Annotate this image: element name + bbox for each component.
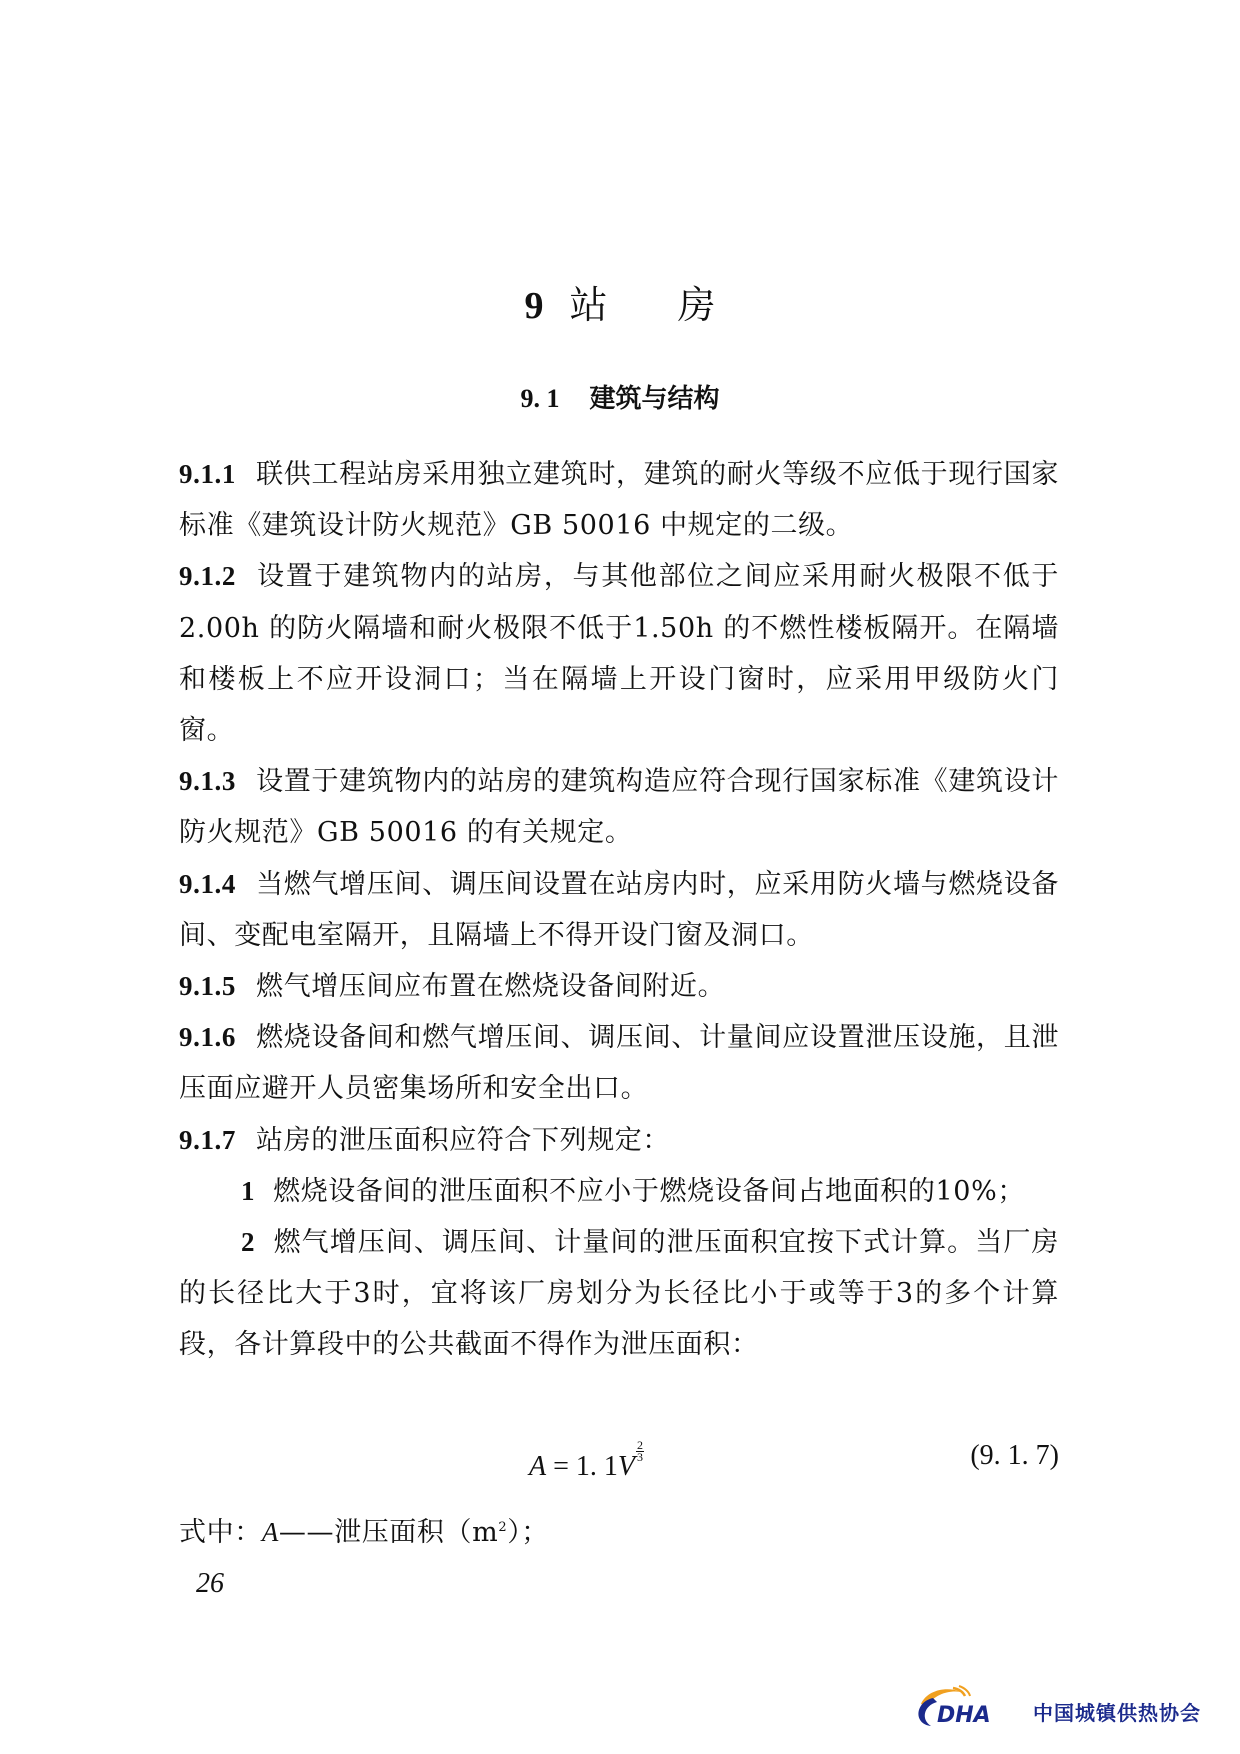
clause-number: 9.1.7 [179, 1125, 236, 1155]
item-text: 燃气增压间、调压间、计量间的泄压面积宜按下式计算。当厂房的长径比大于3时，宜将该… [179, 1227, 1059, 1360]
clause-text: 当燃气增压间、调压间设置在站房内时，应采用防火墙与燃烧设备间、变配电室隔开，且隔… [179, 869, 1059, 951]
where-symbol: A [262, 1517, 279, 1547]
formula-lhs: A [529, 1451, 546, 1482]
where-description: 泄压面积（m [334, 1517, 498, 1548]
clause-number: 9.1.4 [179, 869, 236, 899]
exp-denominator: 3 [636, 1452, 644, 1463]
cdha-logo-icon: DHA [903, 1680, 1023, 1730]
where-suffix: ）； [507, 1517, 549, 1548]
section-title-text: 建筑与结构 [589, 384, 719, 414]
clause-text: 燃烧设备间和燃气增压间、调压间、计量间应设置泄压设施，且泄压面应避开人员密集场所… [179, 1022, 1059, 1104]
clause-number: 9.1.5 [179, 971, 236, 1001]
item-number: 1 [241, 1176, 255, 1206]
list-item: 2燃气增压间、调压间、计量间的泄压面积宜按下式计算。当厂房的长径比大于3时，宜将… [179, 1217, 1059, 1371]
clause-text: 设置于建筑物内的站房的建筑构造应符合现行国家标准《建筑设计防火规范》GB 500… [179, 766, 1059, 848]
chapter-number: 9 [524, 285, 543, 327]
formula-equals: = [546, 1451, 576, 1482]
formula-row: A = 1. 1V23 (9. 1. 7) [179, 1432, 1059, 1492]
list-item: 1燃烧设备间的泄压面积不应小于燃烧设备间占地面积的10%； [179, 1166, 1059, 1217]
clause: 9.1.2设置于建筑物内的站房，与其他部位之间应采用耐火极限不低于2.00h 的… [179, 551, 1059, 756]
where-dash: —— [279, 1517, 334, 1548]
clause-number: 9.1.6 [179, 1022, 236, 1052]
clause-number: 9.1.2 [179, 561, 236, 591]
clause-number: 9.1.3 [179, 766, 236, 796]
clause: 9.1.1联供工程站房采用独立建筑时，建筑的耐火等级不应低于现行国家标准《建筑设… [179, 449, 1059, 551]
chapter-title-char1: 站 [569, 283, 607, 327]
clause: 9.1.6燃烧设备间和燃气增压间、调压间、计量间应设置泄压设施，且泄压面应避开人… [179, 1012, 1059, 1114]
item-number: 2 [241, 1227, 255, 1257]
section-number: 9. 1 [520, 384, 559, 413]
formula-coefficient: 1. 1 [576, 1451, 618, 1482]
formula-exponent: 23 [636, 1440, 644, 1463]
clause: 9.1.4当燃气增压间、调压间设置在站房内时，应采用防火墙与燃烧设备间、变配电室… [179, 859, 1059, 961]
body-text: 9.1.1联供工程站房采用独立建筑时，建筑的耐火等级不应低于现行国家标准《建筑设… [179, 449, 1059, 1371]
chapter-title: 9站房 [0, 280, 1240, 331]
formula-number: (9. 1. 7) [970, 1440, 1059, 1472]
clause-number: 9.1.1 [179, 459, 236, 489]
clause-text: 联供工程站房采用独立建筑时，建筑的耐火等级不应低于现行国家标准《建筑设计防火规范… [179, 459, 1059, 541]
clause: 9.1.7站房的泄压面积应符合下列规定： [179, 1115, 1059, 1166]
clause-text: 燃气增压间应布置在燃烧设备间附近。 [256, 971, 725, 1002]
section-title: 9. 1建筑与结构 [0, 381, 1240, 417]
logo-text: 中国城镇供热协会 [1033, 1697, 1201, 1726]
clause: 9.1.3设置于建筑物内的站房的建筑构造应符合现行国家标准《建筑设计防火规范》G… [179, 756, 1059, 858]
clause: 9.1.5燃气增压间应布置在燃烧设备间附近。 [179, 961, 1059, 1012]
page-number: 26 [196, 1568, 224, 1600]
where-prefix: 式中： [179, 1517, 262, 1548]
svg-text:DHA: DHA [937, 1703, 991, 1728]
formula: A = 1. 1V23 [529, 1440, 644, 1483]
formula-variable: V [618, 1451, 635, 1482]
where-unit-sup: 2 [498, 1520, 507, 1535]
chapter-title-char2: 房 [678, 283, 716, 327]
item-text: 燃烧设备间的泄压面积不应小于燃烧设备间占地面积的10%； [273, 1176, 1025, 1207]
formula-where: 式中：A——泄压面积（m2）； [179, 1510, 549, 1549]
clause-text: 设置于建筑物内的站房，与其他部位之间应采用耐火极限不低于2.00h 的防火隔墙和… [179, 561, 1059, 746]
clause-text: 站房的泄压面积应符合下列规定： [256, 1125, 670, 1156]
cdha-logo: DHA 中国城镇供热协会 [903, 1680, 1233, 1730]
